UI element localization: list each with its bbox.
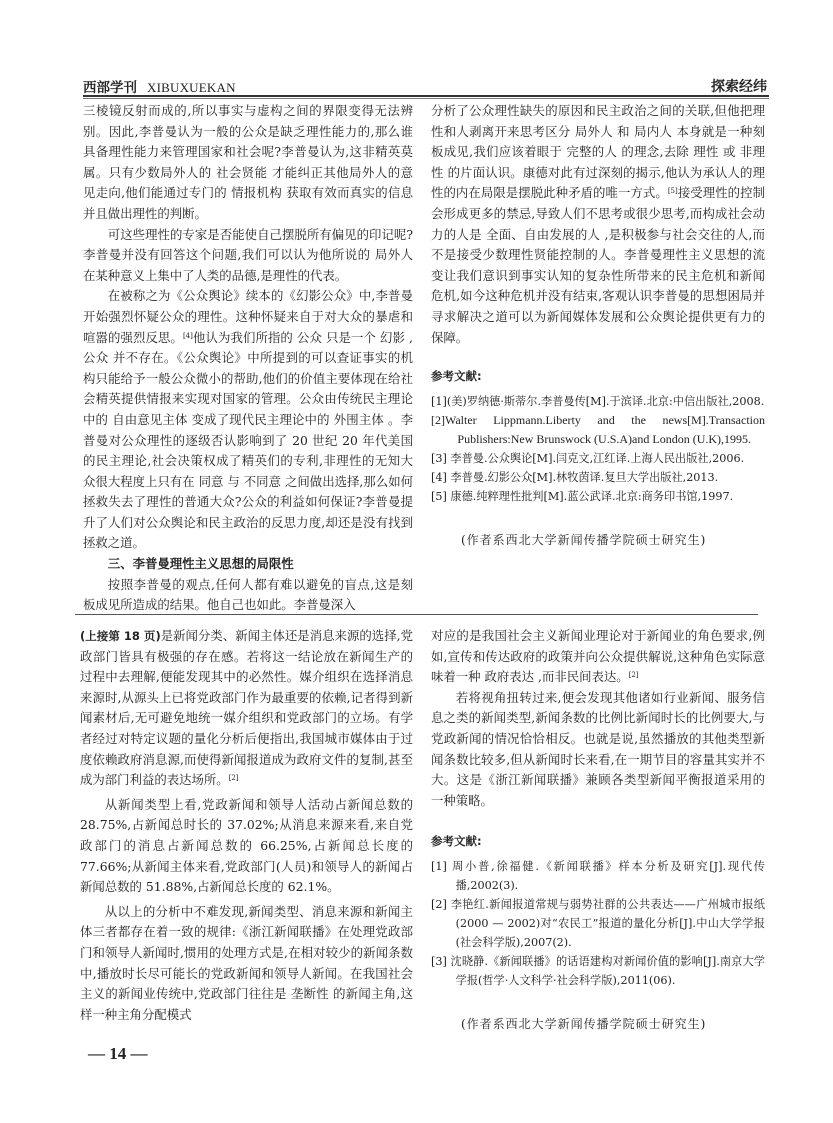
paragraph-text: 对应的是我国社会主义新闻业理论对于新闻业的角色要求,例如,宣传和传达政府的政策并… bbox=[431, 628, 765, 684]
continued-from-label: (上接第 18 页) bbox=[80, 629, 161, 643]
reference-item: [3] 沈晓静.《新闻联播》的话语建构对新闻价值的影响[J].南京大学学报(哲学… bbox=[431, 952, 765, 990]
references-heading: 参考文献: bbox=[431, 366, 765, 387]
references-heading: 参考文献: bbox=[431, 831, 765, 852]
journal-name: 西部学刊XIBUXUEKAN bbox=[83, 76, 236, 96]
journal-name-en: XIBUXUEKAN bbox=[147, 80, 236, 95]
paragraph: 若将视角扭转过来,便会发现其他诸如行业新闻、服务信息之类的新闻类型,新闻条数的比… bbox=[431, 688, 765, 812]
paragraph-text: 他认为我们所指的 公众 只是一个 幻影 , 公众 并不存在。《公众舆论》中所提到… bbox=[83, 330, 413, 551]
header-rule-thin bbox=[83, 98, 769, 99]
reference-item: [3] 李普曼.公众舆论[M].闫克文,江红译.上海人民出版社,2006. bbox=[431, 449, 765, 468]
bottom-article-right-column: 对应的是我国社会主义新闻业理论对于新闻业的角色要求,例如,宣传和传达政府的政策并… bbox=[431, 626, 765, 1035]
top-article-right-column: 分析了公众理性缺失的原因和民主政治之间的关联,但他把理性和人剥离开来思考区分 局… bbox=[431, 101, 765, 550]
paragraph: (上接第 18 页)是新闻分类、新闻主体还是消息来源的选择,党政部门皆具有极强的… bbox=[80, 626, 413, 791]
citation-ref: [2] bbox=[629, 671, 639, 679]
bottom-article-left-column: (上接第 18 页)是新闻分类、新闻主体还是消息来源的选择,党政部门皆具有极强的… bbox=[80, 626, 413, 1025]
paragraph: 从以上的分析中不难发现,新闻类型、消息来源和新闻主体三者都存在着一致的规律:《浙… bbox=[80, 902, 413, 1026]
section-heading: 三、李普曼理性主义思想的局限性 bbox=[83, 554, 413, 575]
paragraph: 按照李普曼的观点,任何人都有难以避免的盲点,这是刻板成见所造成的结果。他自己也如… bbox=[83, 575, 413, 616]
paragraph: 从新闻类型上看,党政新闻和领导人活动占新闻总数的 28.75%,占新闻总时长的 … bbox=[80, 795, 413, 898]
reference-item: [2] 李艳红.新闻报道常规与弱势社群的公共表达——广州城市报纸(2000 — … bbox=[431, 895, 765, 952]
article-divider bbox=[75, 614, 758, 615]
journal-name-cn: 西部学刊 bbox=[83, 80, 137, 96]
top-article-left-column: 三棱镜反射而成的,所以事实与虚构之间的界限变得无法辨别。因此,李普曼认为一般的公… bbox=[83, 101, 413, 616]
running-header: 西部学刊XIBUXUEKAN 探索经纬 bbox=[83, 76, 767, 96]
paragraph: 对应的是我国社会主义新闻业理论对于新闻业的角色要求,例如,宣传和传达政府的政策并… bbox=[431, 626, 765, 688]
reference-item: [1] 周小普,徐福健.《新闻联播》样本分析及研究[J].现代传播,2002(3… bbox=[431, 857, 765, 895]
author-note: (作者系西北大学新闻传播学院硕士研究生) bbox=[431, 530, 765, 551]
reference-item: [4] 李普曼.幻影公众[M].林牧茵译.复旦大学出版社,2013. bbox=[431, 468, 765, 487]
reference-item: [5] 康德.纯粹理性批判[M].蓝公武译.北京:商务印书馆,1997. bbox=[431, 487, 765, 506]
paragraph: 三棱镜反射而成的,所以事实与虚构之间的界限变得无法辨别。因此,李普曼认为一般的公… bbox=[83, 101, 413, 225]
paragraph-text: 接受理性的控制会形成更多的禁忌,导致人们不思考或很少思考,而构成社会动力的人是 … bbox=[431, 185, 765, 344]
citation-ref: [5] bbox=[668, 187, 678, 195]
section-name: 探索经纬 bbox=[711, 76, 767, 96]
page-number: — 14 — bbox=[88, 1044, 148, 1064]
citation-ref: [2] bbox=[229, 774, 239, 782]
reference-item: [1](美)罗纳德·斯蒂尔.李普曼传[M].于滨译.北京:中信出版社,2008. bbox=[431, 392, 765, 411]
paragraph: 可这些理性的专家是否能使自己摆脱所有偏见的印记呢?李普曼并没有回答这个问题,我们… bbox=[83, 225, 413, 287]
paragraph: 分析了公众理性缺失的原因和民主政治之间的关联,但他把理性和人剥离开来思考区分 局… bbox=[431, 101, 765, 348]
citation-ref: [4] bbox=[183, 332, 193, 340]
paragraph-text: 是新闻分类、新闻主体还是消息来源的选择,党政部门皆具有极强的存在感。若将这一结论… bbox=[80, 628, 413, 787]
header-rule bbox=[83, 95, 769, 97]
reference-item: [2]Walter Lippmann.Liberty and the news[… bbox=[431, 411, 765, 449]
paragraph: 在被称之为《公众舆论》续本的《幻影公众》中,李普曼开始强烈怀疑公众的理性。这种怀… bbox=[83, 286, 413, 554]
author-note: (作者系西北大学新闻传播学院硕士研究生) bbox=[431, 1014, 765, 1035]
